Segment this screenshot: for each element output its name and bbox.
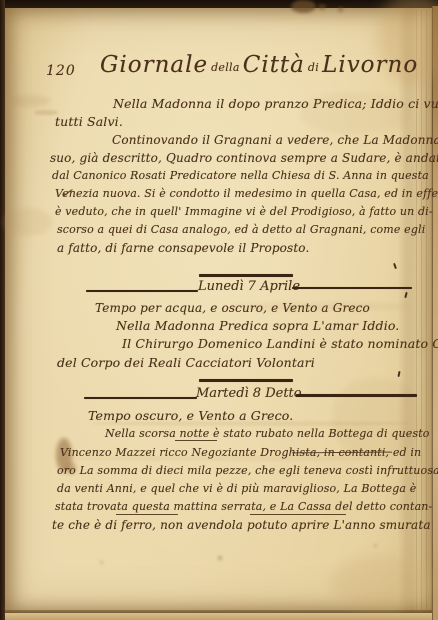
margin-check-mark: ✓	[59, 183, 74, 203]
entry-line: del Corpo dei Reali Cacciatori Volontari	[57, 355, 315, 370]
title-word: Città	[243, 52, 305, 78]
paragraph-line: è veduto, che in quell' Immagine vi è de…	[55, 205, 433, 218]
title-word: della	[211, 61, 240, 74]
heading-rule-right	[292, 287, 412, 289]
ink-underline	[250, 514, 346, 515]
ink-stain	[291, 0, 316, 13]
ink-stain	[338, 7, 343, 12]
paragraph-line: a fatto, di farne consapevole il Propost…	[57, 241, 309, 255]
paper-speck	[100, 561, 103, 564]
paragraph-line: Venezia nuova. Si è condotto il medesimo…	[55, 187, 438, 200]
heading-rule-right	[296, 394, 417, 397]
entry-line: Nella Madonna Predica sopra L'amar Iddio…	[116, 318, 399, 333]
intro-line: tutti Salvi.	[55, 114, 123, 129]
paragraph-line: suo, già descritto, Quadro continova sem…	[50, 151, 438, 165]
intro-line: Nella Madonna il dopo pranzo Predica; Id…	[113, 96, 438, 111]
scan-top-border	[0, 0, 438, 8]
paper-speck	[374, 544, 377, 547]
ink-underline	[116, 514, 178, 515]
journal-title: GiornaledellaCittàdiLivorno	[100, 52, 418, 78]
section-divider-bar	[199, 379, 293, 382]
entry-line: stata trovata questa mattina serrata, e …	[55, 500, 432, 513]
paragraph-line: Continovando il Gragnani a vedere, che L…	[112, 133, 438, 147]
paragraph-line: dal Canonico Rosati Predicatore nella Ch…	[52, 169, 429, 182]
folio-number: 120	[46, 63, 76, 79]
date-heading-tuesday: Martedì 8 Detto	[196, 386, 296, 401]
entry-line: Il Chirurgo Domenico Landini è stato nom…	[122, 336, 438, 351]
binding-gutter	[0, 0, 5, 620]
ink-stain	[318, 4, 326, 10]
entry-line: te che è di ferro, non avendola potuto a…	[52, 518, 431, 532]
entry-line: Tempo per acqua, e oscuro, e Vento a Gre…	[95, 301, 370, 315]
title-word: Livorno	[322, 52, 418, 78]
entry-line: oro La somma di dieci mila pezze, che eg…	[57, 464, 438, 477]
paper-speck	[218, 556, 222, 560]
heading-rule-left	[86, 290, 198, 292]
heading-rule-left	[84, 397, 197, 399]
entry-line: Nella scorsa notte è stato rubato nella …	[105, 427, 430, 440]
bleedthrough-smudge	[8, 95, 50, 107]
entry-line: da venti Anni, e quel che vi è di più ma…	[57, 482, 416, 495]
manuscript-scan: 120 GiornaledellaCittàdiLivorno Nella Ma…	[0, 0, 438, 620]
section-divider-bar	[199, 274, 293, 277]
entry-line: Tempo oscuro, e Vento a Greco.	[88, 408, 293, 423]
paragraph-line: scorso a quei di Casa analogo, ed à dett…	[57, 223, 425, 236]
underlying-page-bottom	[5, 613, 432, 620]
ink-underline	[175, 440, 217, 441]
date-heading-monday: Lunedì 7 Aprile	[198, 279, 294, 294]
corner-stain	[330, 555, 430, 610]
bleedthrough-smudge	[2, 208, 52, 236]
title-word: di	[308, 61, 319, 74]
title-word: Giornale	[100, 52, 208, 78]
